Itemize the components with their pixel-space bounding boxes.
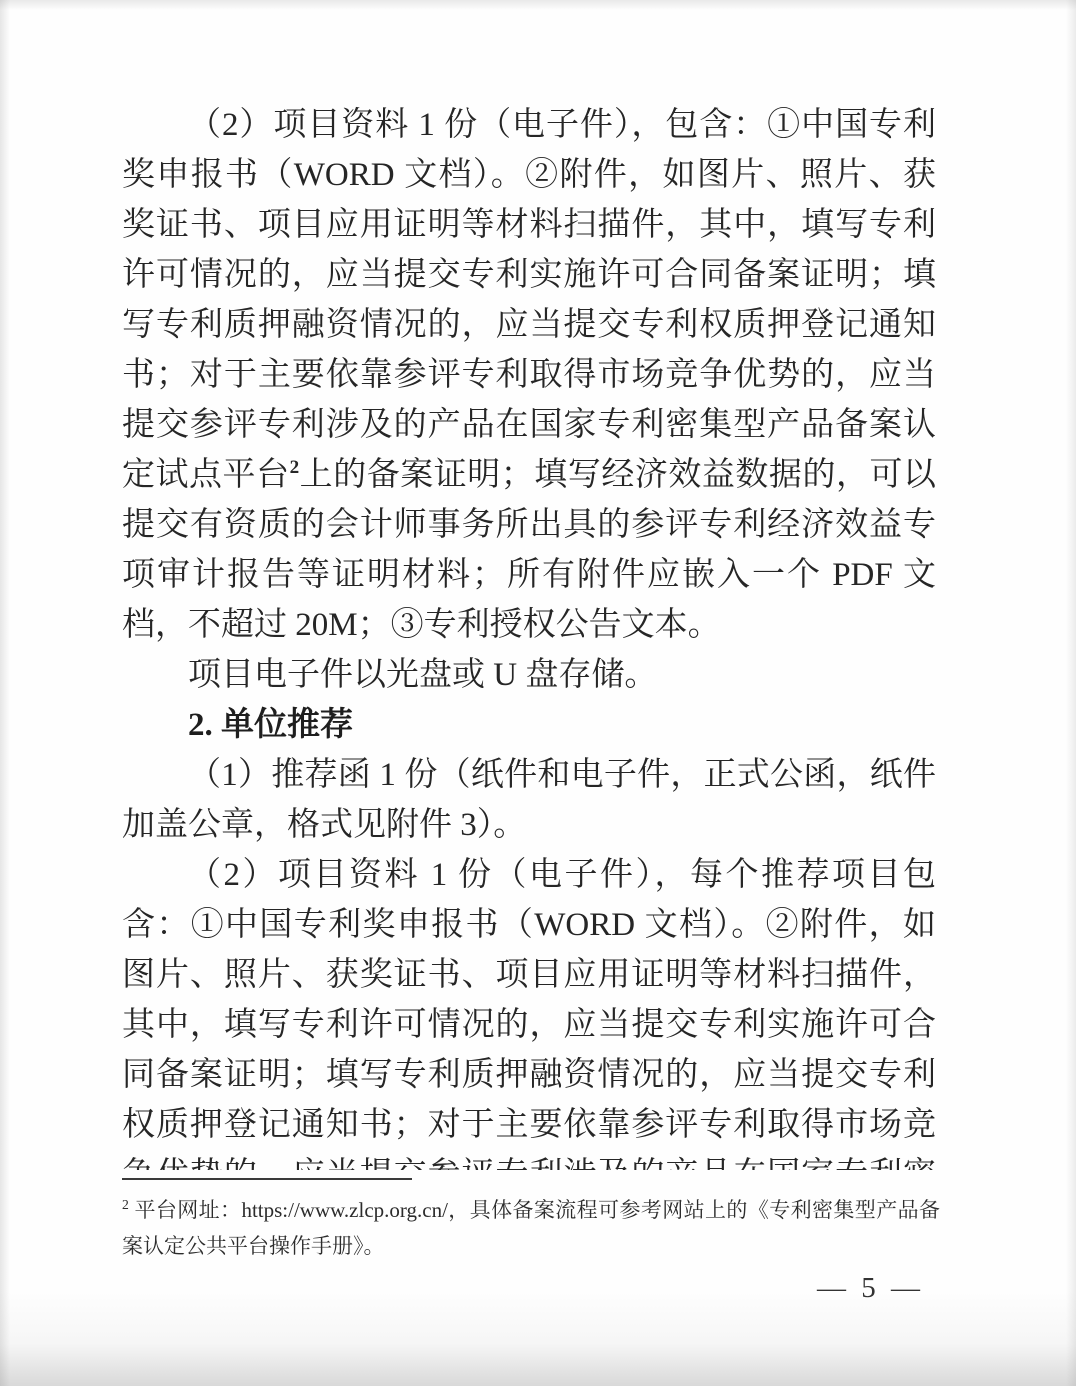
paragraph-project-materials: （2）项目资料 1 份（电子件），包含：①中国专利奖申报书（WORD 文档）。②… (122, 100, 936, 650)
footnote-separator-rule (122, 1178, 412, 1180)
footnote-marker-2: 2 (122, 1197, 129, 1212)
paragraph-electronic-storage: 项目电子件以光盘或 U 盘存储。 (122, 650, 936, 700)
footnote-area: 2 平台网址：https://www.zlcp.org.cn/，具体备案流程可参… (122, 1178, 940, 1264)
page-number: — 5 — (817, 1272, 924, 1305)
footnote-reference-2: 2 (290, 457, 300, 478)
document-page: （2）项目资料 1 份（电子件），包含：①中国专利奖申报书（WORD 文档）。②… (0, 0, 1076, 1386)
paragraph-text: （2）项目资料 1 份（电子件），包含：①中国专利奖申报书（WORD 文档）。②… (122, 107, 936, 493)
footnote-text: 2 平台网址：https://www.zlcp.org.cn/，具体备案流程可参… (122, 1192, 940, 1264)
footnote-body: 平台网址：https://www.zlcp.org.cn/，具体备案流程可参考网… (122, 1198, 940, 1258)
document-body: （2）项目资料 1 份（电子件），包含：①中国专利奖申报书（WORD 文档）。②… (122, 100, 936, 1170)
paragraph-recommendation-letter: （1）推荐函 1 份（纸件和电子件，正式公函，纸件加盖公章，格式见附件 3）。 (122, 750, 936, 850)
paragraph-recommended-project-materials: （2）项目资料 1 份（电子件），每个推荐项目包含：①中国专利奖申报书（WORD… (122, 850, 936, 1170)
section-heading-unit-recommendation: 2. 单位推荐 (122, 700, 936, 750)
